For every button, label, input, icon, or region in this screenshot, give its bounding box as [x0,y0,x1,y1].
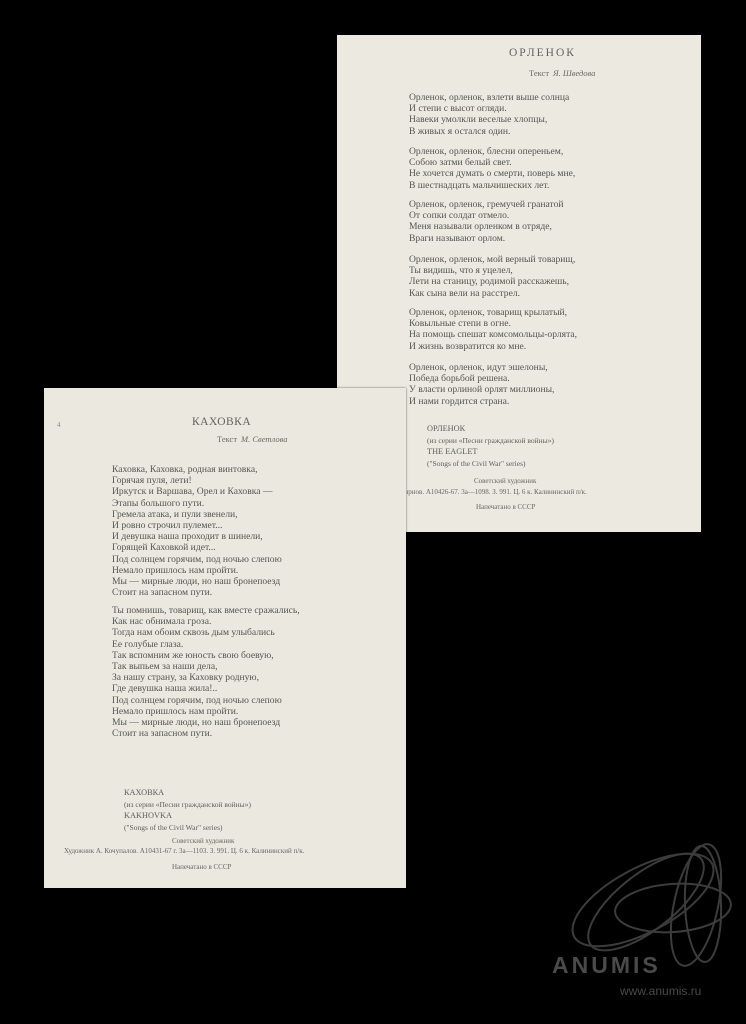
watermark-brand: ANUMIS [552,952,661,979]
stanza: Орленок, орленок, мой верный товарищ,Ты … [409,254,575,299]
stanza: Орленок, орленок, блесни опереньем,Собою… [409,146,575,191]
lyric-line: Стоит на запасном пути. [112,728,300,739]
lyric-line: Мы — мирные люди, но наш бронепоезд [112,717,300,728]
lyric-line: От сопки солдат отмело. [409,210,564,221]
stanza: Ты помнишь, товарищ, как вместе сражалис… [112,605,300,739]
stanza: Орленок, орленок, товарищ крылатый,Ковыл… [409,307,577,352]
credit-series-en: ("Songs of the Civil War" series) [427,458,554,470]
lyricist: ТекстМ. Светлова [217,434,287,444]
author-label: Текст [217,434,237,444]
credits: ОРЛЕНОК (из серии «Песни гражданской вой… [427,423,554,469]
lyric-line: Навеки умолкли веселые хлопцы, [409,114,569,125]
lyric-line: Орленок, орленок, мой верный товарищ, [409,254,575,265]
lyric-line: Собою затми белый свет. [409,157,575,168]
lyric-line: Стоит на запасном пути. [112,587,282,598]
lyric-line: И жизнь возвратится ко мне. [409,341,577,352]
lyric-line: В шестнадцать мальчишеских лет. [409,180,575,191]
credit-series-ru: (из серии «Песни гражданской войны») [124,799,251,811]
lyric-line: Немало пришлось нам пройти. [112,565,282,576]
credit-title-en: THE EAGLET [427,446,554,458]
lyric-line: И нами гордится страна. [409,396,554,407]
lyric-line: Меня называли орленком в отряде, [409,221,564,232]
lyric-line: И ровно строчил пулемет... [112,520,282,531]
lyric-line: Орленок, орленок, товарищ крылатый, [409,307,577,318]
credit-series-ru: (из серии «Песни гражданской войны») [427,435,554,447]
lyric-line: За нашу страну, за Каховку родную, [112,672,300,683]
lyric-line: Горящей Каховкой идет... [112,542,282,553]
lyric-line: Под солнцем горячим, под ночью слепою [112,554,282,565]
lyric-line: На помощь спешат комсомольцы-орлята, [409,329,577,340]
lyric-line: В живых я остался один. [409,126,569,137]
stanza: Орленок, орленок, гремучей гранатойОт со… [409,199,564,244]
publisher: Советский художник [172,837,234,845]
credit-series-en: ("Songs of the Civil War" series) [124,822,251,834]
lyric-line: Каховка, Каховка, родная винтовка, [112,464,282,475]
lyric-line: Где девушка наша жила!.. [112,683,300,694]
lyric-line: Орленок, орленок, взлети выше солнца [409,92,569,103]
credits: КАХОВКА (из серии «Песни гражданской вой… [124,787,251,833]
publisher: Советский художник [474,477,536,485]
lyric-line: Гремела атака, и пули звенели, [112,509,282,520]
lyric-line: У власти орлиной орлят миллионы, [409,384,554,395]
lyric-line: Тогда нам обоим сквозь дым улыбались [112,627,300,638]
lyric-line: Победа борьбой решена. [409,373,554,384]
lyric-line: Так вспомним же юность свою боевую, [112,650,300,661]
stanza: Каховка, Каховка, родная винтовка,Горяча… [112,464,282,598]
lyric-line: Ее голубые глаза. [112,639,300,650]
lyric-line: Так выпьем за наши дела, [112,661,300,672]
lyric-line: Немало пришлось нам пройти. [112,706,300,717]
lyric-line: Орленок, орленок, идут эшелоны, [409,362,554,373]
printed-in: Напечатано в СССР [476,503,535,511]
credit-title-en: KAKHOVKA [124,810,251,822]
lyric-line: Как сына вели на расстрел. [409,288,575,299]
lyricist: ТекстЯ. Шведова [529,68,595,78]
lyric-line: И девушка наша проходит в шинели, [112,531,282,542]
lyric-line: Не хочется думать о смерти, поверь мне, [409,168,575,179]
stanza: Орленок, орленок, идут эшелоны,Победа бо… [409,362,554,407]
lyric-line: Под солнцем горячим, под ночью слепою [112,695,300,706]
credit-title-ru: КАХОВКА [124,787,251,799]
lyric-line: Ты видишь, что я уцелел, [409,265,575,276]
stanza: Орленок, орленок, взлети выше солнцаИ ст… [409,92,569,137]
song-title: ОРЛЕНОК [509,47,576,59]
lyric-line: Как нас обнимала гроза. [112,616,300,627]
lyric-line: Этапы большого пути. [112,498,282,509]
lyric-line: Орленок, орленок, блесни опереньем, [409,146,575,157]
watermark-url: www.anumis.ru [620,984,701,998]
lyric-line: И степи с высот огляди. [409,103,569,114]
card-kakhovka: 4 КАХОВКА ТекстМ. Светлова Каховка, Кахо… [44,388,406,888]
lyric-line: Мы — мирные люди, но наш бронепоезд [112,576,282,587]
author-name: Я. Шведова [553,68,595,78]
author-name: М. Светлова [241,434,287,444]
lyric-line: Орленок, орленок, гремучей гранатой [409,199,564,210]
author-label: Текст [529,68,549,78]
imprint: Художник А. Кочупалов. А10431-67 г. 3а—1… [64,847,304,855]
page-mark: 4 [57,421,61,429]
lyric-line: Иркутск и Варшава, Орел и Каховка — [112,486,282,497]
credit-title-ru: ОРЛЕНОК [427,423,554,435]
printed-in: Напечатано в СССР [172,863,231,871]
lyric-line: Ковыльные степи в огне. [409,318,577,329]
lyric-line: Враги называют орлом. [409,233,564,244]
lyric-line: Ты помнишь, товарищ, как вместе сражалис… [112,605,300,616]
song-title: КАХОВКА [192,416,251,428]
lyric-line: Лети на станицу, родимой расскажешь, [409,276,575,287]
lyric-line: Горячая пуля, лети! [112,475,282,486]
